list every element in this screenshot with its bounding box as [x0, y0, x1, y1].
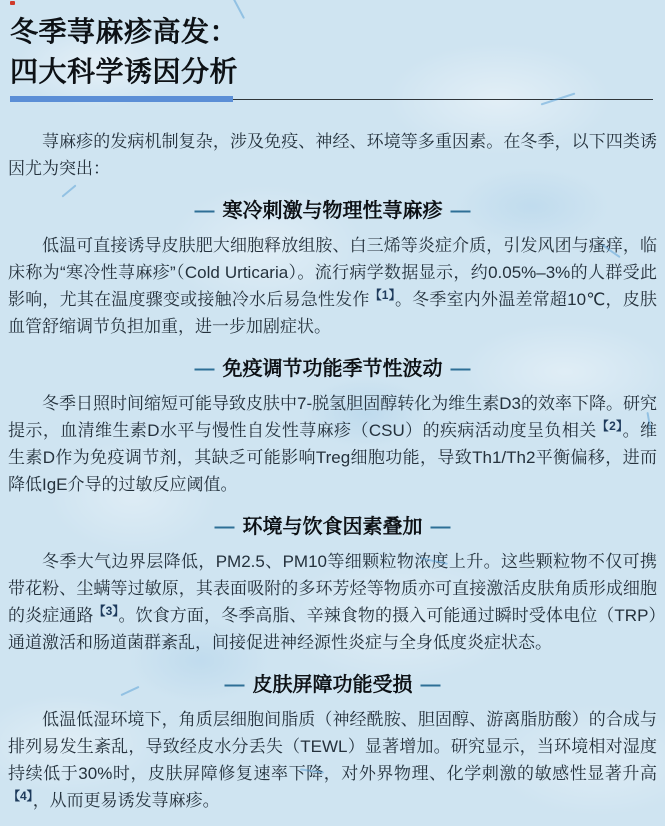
heading-dash-left: —	[195, 358, 215, 380]
heading-dash-right: —	[421, 674, 441, 696]
texture-fiber	[61, 184, 76, 197]
heading-dash-left: —	[195, 200, 215, 222]
section-heading-cold-stimulus: —寒冷刺激与物理性荨麻疹—	[8, 198, 657, 224]
title-accent-bar	[10, 96, 233, 102]
section-paragraph: 冬季日照时间缩短可能导致皮肤中7-脱氢胆固醇转化为维生素D3的效率下降。研究提示…	[8, 390, 657, 498]
citation-ref-4: 【4】	[8, 789, 33, 803]
article-page: 冬季荨麻疹高发： 四大科学诱因分析 荨麻疹的发病机制复杂，涉及免疫、神经、环境等…	[0, 0, 665, 826]
section-heading-text: 免疫调节功能季节性波动	[223, 358, 443, 380]
citation-ref-2: 【2】	[597, 419, 623, 433]
heading-dash-left: —	[215, 516, 235, 538]
section-heading-text: 环境与饮食因素叠加	[243, 516, 423, 538]
paragraph-text: 低温低湿环境下，角质层细胞间脂质（神经酰胺、胆固醇、游离脂肪酸）的合成与排列易发…	[8, 710, 657, 783]
heading-dash-left: —	[225, 674, 245, 696]
section-paragraph: 低温可直接诱导皮肤肥大细胞释放组胺、白三烯等炎症介质，引发风团与瘙痒，临床称为“…	[8, 232, 657, 340]
citation-ref-1: 【1】	[370, 288, 395, 302]
heading-dash-right: —	[451, 200, 471, 222]
paragraph-text: ，从而更易诱发荨麻疹。	[33, 791, 220, 810]
section-heading-environment-diet: —环境与饮食因素叠加—	[8, 514, 657, 540]
section-heading-immune-regulation: —免疫调节功能季节性波动—	[8, 356, 657, 382]
section-heading-text: 寒冷刺激与物理性荨麻疹	[223, 200, 443, 222]
page-title: 冬季荨麻疹高发： 四大科学诱因分析	[8, 8, 657, 92]
page-title-line2: 四大科学诱因分析	[10, 52, 655, 92]
section-paragraph: 冬季大气边界层降低，PM2.5、PM10等细颗粒物浓度上升。这些颗粒物不仅可携带…	[8, 548, 657, 656]
citation-ref-3: 【3】	[94, 604, 119, 618]
heading-dash-right: —	[431, 516, 451, 538]
section-heading-text: 皮肤屏障功能受损	[253, 674, 413, 696]
heading-dash-right: —	[451, 358, 471, 380]
intro-paragraph: 荨麻疹的发病机制复杂，涉及免疫、神经、环境等多重因素。在冬季，以下四类诱因尤为突…	[8, 128, 657, 182]
title-underline	[10, 96, 655, 102]
paper-speck	[10, 1, 15, 5]
page-title-line1: 冬季荨麻疹高发：	[10, 12, 655, 52]
title-thin-rule	[233, 99, 653, 100]
paragraph-text: 冬季日照时间缩短可能导致皮肤中7-脱氢胆固醇转化为维生素D3的效率下降。研究提示…	[8, 394, 657, 440]
section-heading-skin-barrier: —皮肤屏障功能受损—	[8, 672, 657, 698]
section-paragraph: 低温低湿环境下，角质层细胞间脂质（神经酰胺、胆固醇、游离脂肪酸）的合成与排列易发…	[8, 706, 657, 814]
